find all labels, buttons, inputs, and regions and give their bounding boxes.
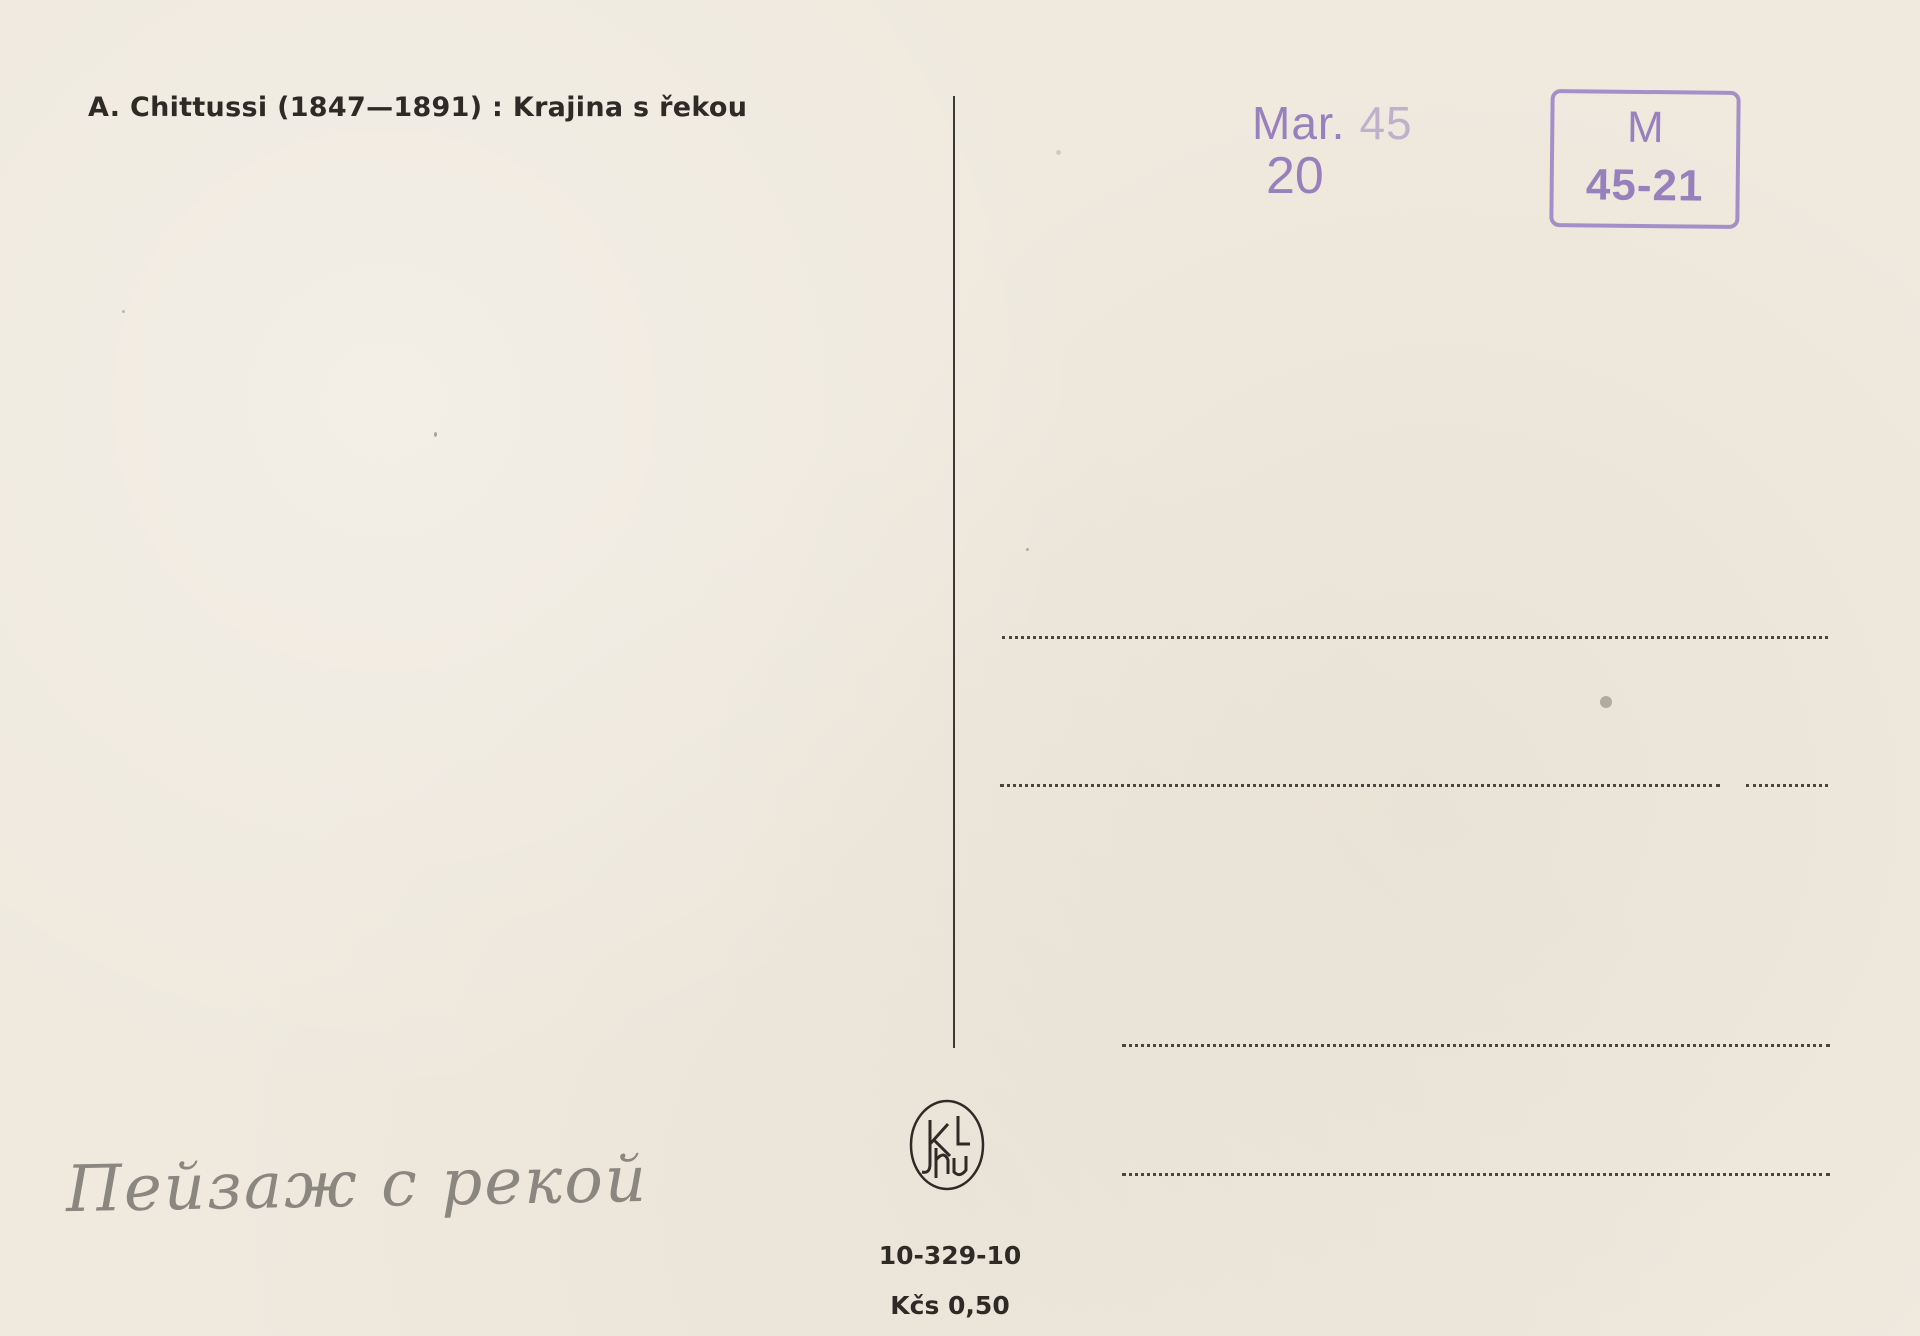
paper-speck bbox=[122, 310, 125, 313]
paper-speck bbox=[434, 432, 437, 437]
paper-speck bbox=[1056, 150, 1061, 155]
address-line-4 bbox=[1122, 1173, 1830, 1176]
date-stamp: Mar.45 20 bbox=[1252, 100, 1413, 202]
paper-speck bbox=[1600, 696, 1612, 708]
handwritten-note: Пейзаж с рекой bbox=[65, 1143, 648, 1227]
postcard-back: A. Chittussi (1847—1891) : Krajina s řek… bbox=[0, 0, 1920, 1336]
catalog-number: 10-329-10 bbox=[860, 1241, 1040, 1270]
boxed-stamp: M 45-21 bbox=[1549, 89, 1740, 229]
boxed-stamp-letter: M bbox=[1554, 105, 1736, 151]
address-line-3 bbox=[1122, 1044, 1830, 1047]
publisher-logo-icon bbox=[908, 1098, 986, 1192]
date-stamp-month-row: Mar.45 bbox=[1252, 100, 1413, 146]
address-line-2-tail bbox=[1746, 784, 1828, 787]
date-stamp-month: Mar. bbox=[1252, 97, 1345, 149]
center-divider-line bbox=[953, 96, 955, 1048]
price-label: Kčs 0,50 bbox=[860, 1291, 1040, 1320]
address-line-2 bbox=[1000, 784, 1720, 787]
date-stamp-year: 45 bbox=[1359, 97, 1412, 149]
artwork-caption: A. Chittussi (1847—1891) : Krajina s řek… bbox=[88, 92, 747, 123]
date-stamp-day: 20 bbox=[1266, 150, 1413, 202]
paper-speck bbox=[1026, 548, 1029, 551]
boxed-stamp-code: 45-21 bbox=[1553, 163, 1735, 209]
address-line-1 bbox=[1002, 636, 1828, 639]
